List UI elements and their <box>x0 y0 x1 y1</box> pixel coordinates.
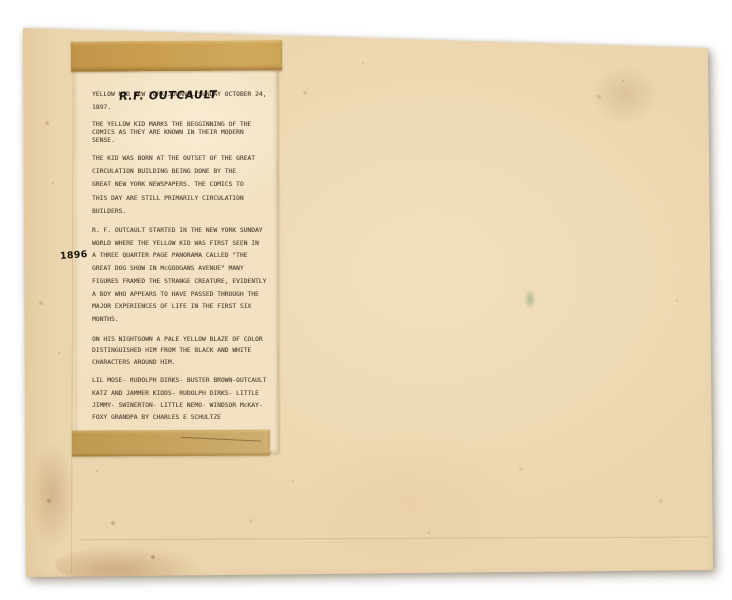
typed-label-text: YELLOW KID NEW YORK JOURNAL SUNDAY OCTOB… <box>92 81 268 432</box>
handwritten-year-annotation: 1896 <box>60 249 88 262</box>
masking-tape-top <box>71 40 282 71</box>
label-paragraph: ON HIS NIGHTGOWN A PALE YELLOW BLAZE OF … <box>92 334 268 369</box>
mount-board-back: YELLOW KID NEW YORK JOURNAL SUNDAY OCTOB… <box>0 0 732 600</box>
label-paragraph: R. F. OUTCAULT STARTED IN THE NEW YORK S… <box>92 225 268 327</box>
green-smudge <box>524 288 536 310</box>
stain-left-edge <box>30 440 75 550</box>
tape-scratch-mark <box>181 437 261 442</box>
masking-tape-bottom <box>72 429 270 456</box>
stain-top-right <box>590 65 660 125</box>
photo-canvas: YELLOW KID NEW YORK JOURNAL SUNDAY OCTOB… <box>0 0 732 600</box>
label-paragraph: THE KID WAS BORN AT THE OUTSET OF THE GR… <box>92 152 268 218</box>
handwritten-artist-signature: R.F. OUTCAULT <box>118 88 218 103</box>
stain-bottom-left <box>55 545 205 585</box>
label-paragraph: LIL MOSE- RUDOLPH DIRKS- BUSTER BROWN-OU… <box>92 375 268 424</box>
board-shadow: YELLOW KID NEW YORK JOURNAL SUNDAY OCTOB… <box>0 0 732 600</box>
label-paragraph: THE YELLOW KID MARKS THE BEGGINNING OF T… <box>92 121 268 145</box>
stain-mottle <box>300 430 520 570</box>
foxing-specks <box>0 0 2 2</box>
